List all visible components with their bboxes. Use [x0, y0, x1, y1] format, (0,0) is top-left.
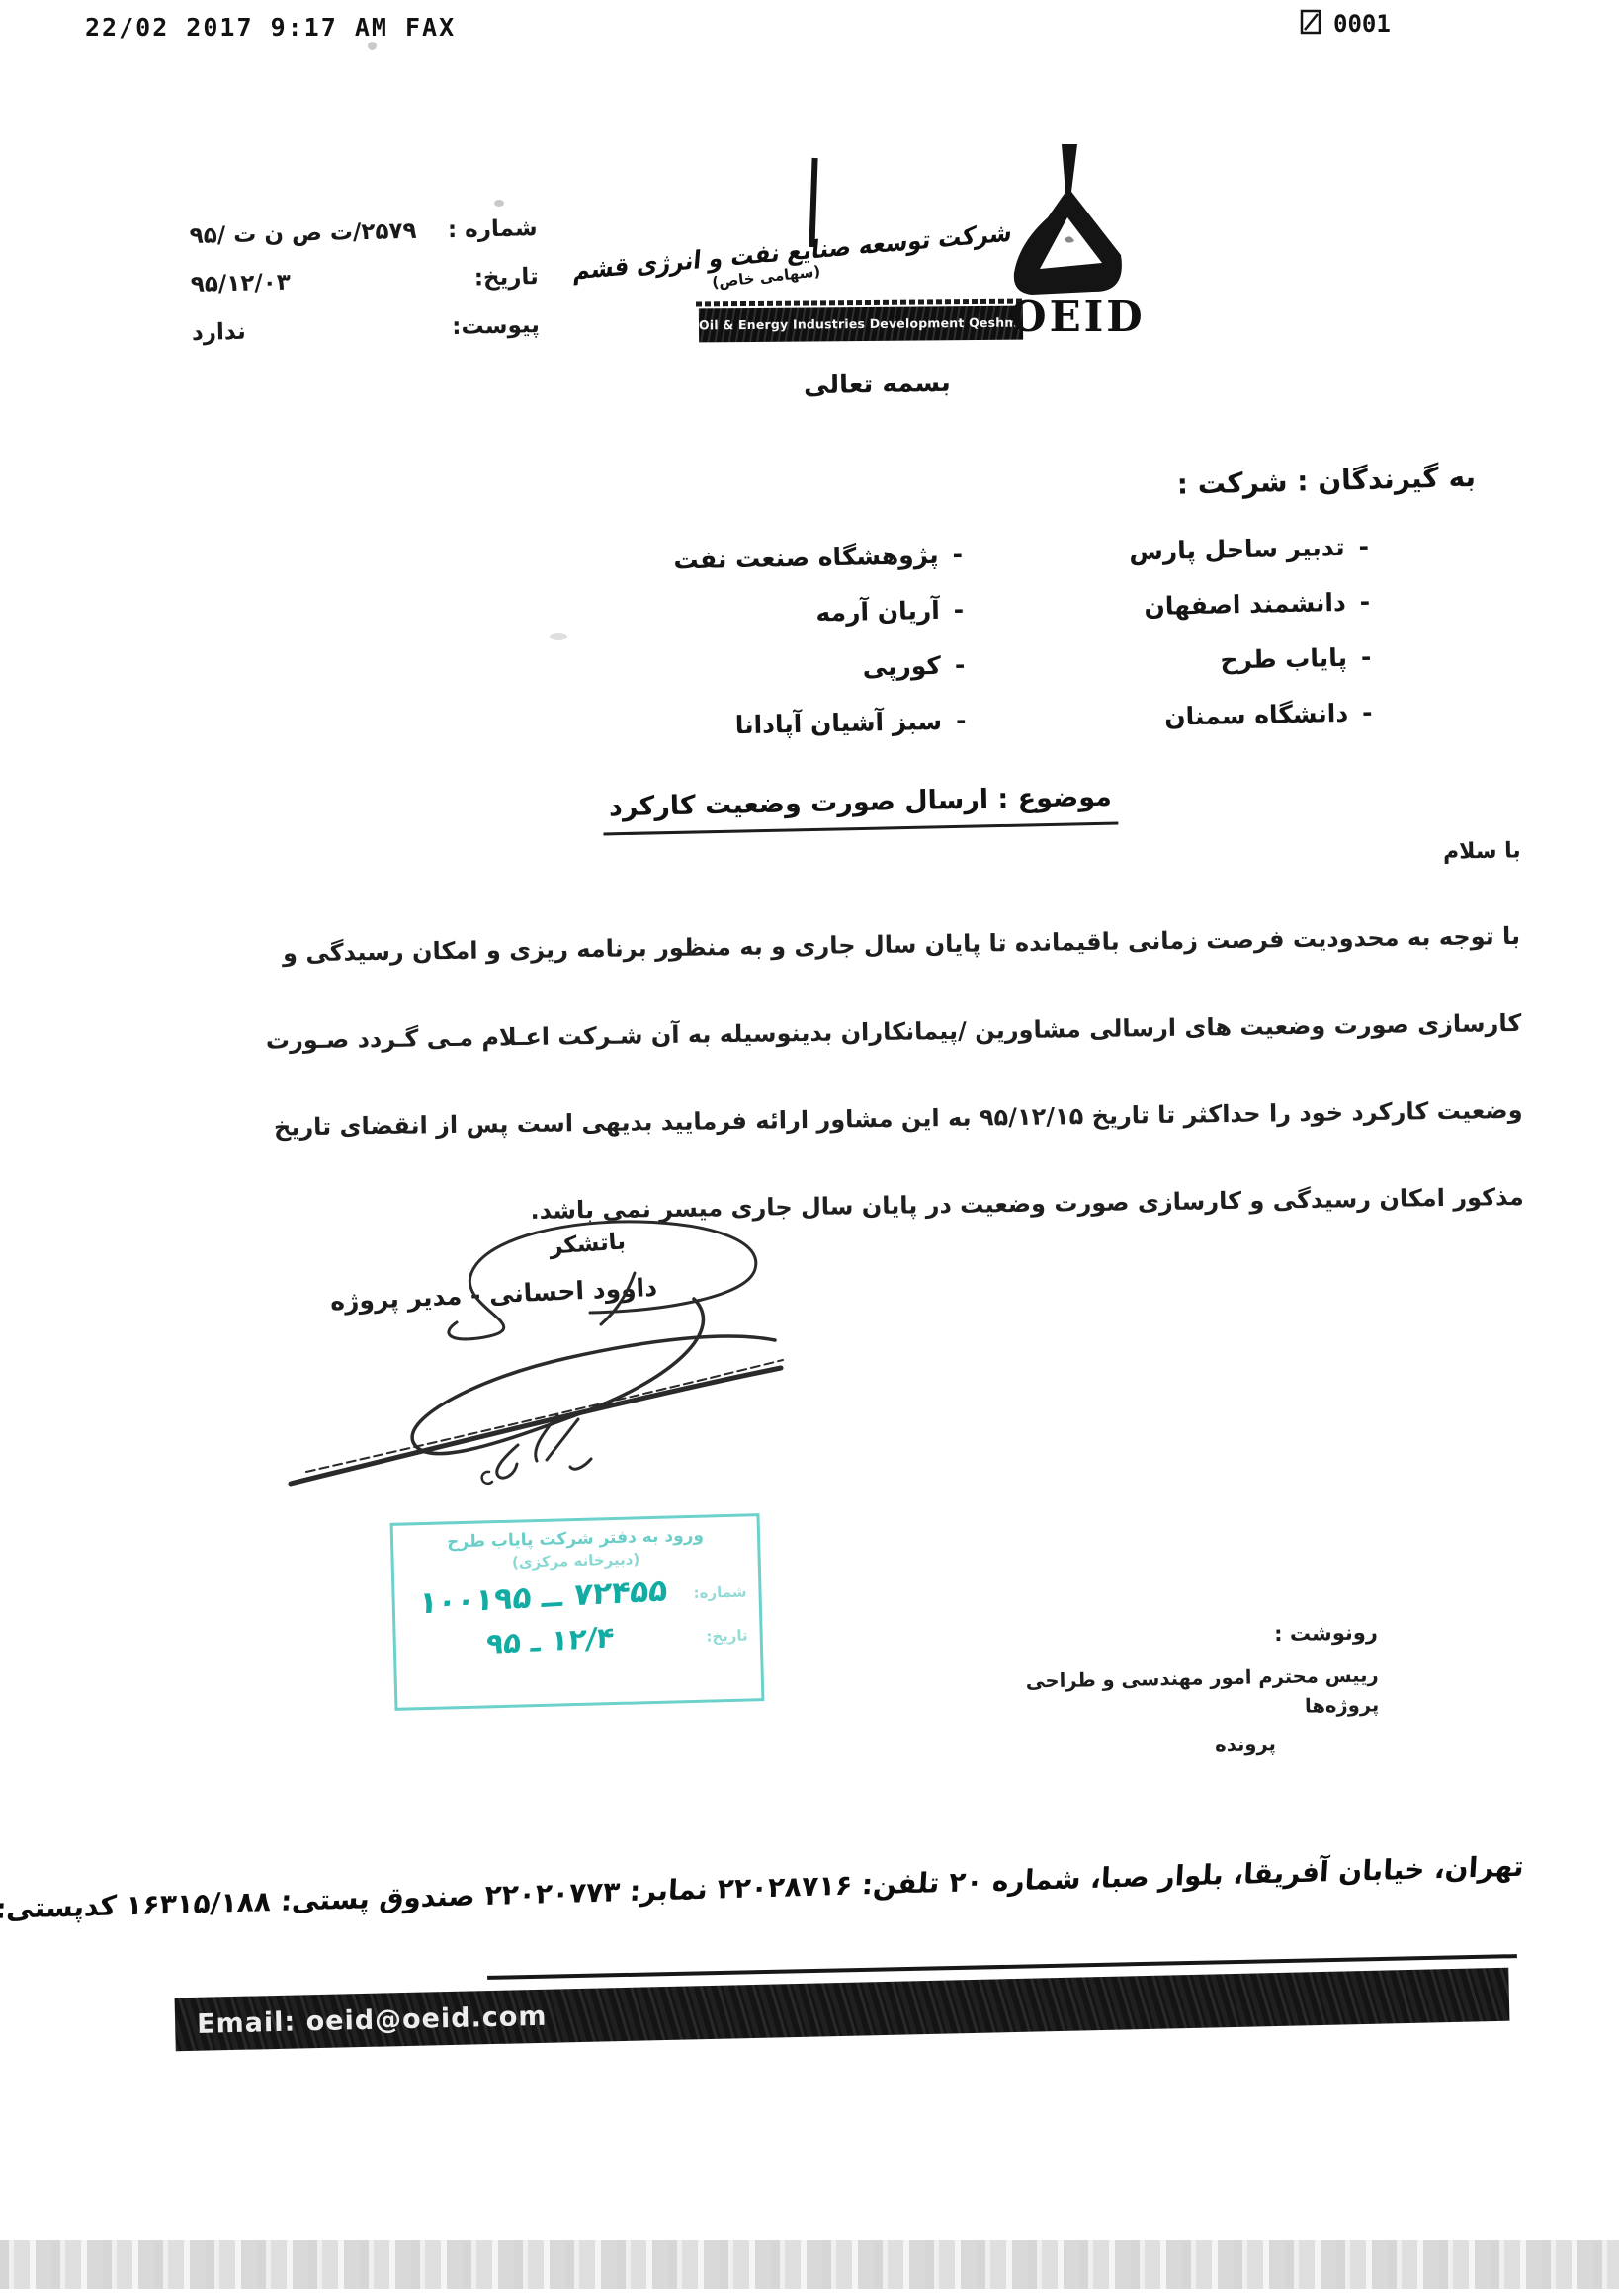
- recipient-name: تدبیر ساحل پارس: [1129, 533, 1345, 566]
- letter-date-label: تاریخ:: [473, 262, 539, 293]
- recipient-name: پژوهشگاه صنعت نفت: [673, 541, 939, 575]
- cc-item: پرونده: [960, 1730, 1276, 1765]
- recipients-column-left: -پژوهشگاه صنعت نفت -آریان آرمه -کورپی -س…: [617, 538, 968, 766]
- bullet-dash: -: [956, 706, 967, 734]
- letter-date-value: ۹۵/۱۲/۰۳: [190, 268, 291, 299]
- besmellah-heading: بسمه تعالی: [804, 369, 951, 401]
- recipient-item: -کورپی: [619, 648, 966, 689]
- salutation: با سلام: [1443, 838, 1521, 864]
- letter-attachment-label: پیوست:: [452, 310, 540, 342]
- recipient-item: -آریان آرمه: [618, 593, 965, 634]
- handwritten-signature: [249, 1212, 822, 1498]
- letter-attachment-value: ندارد: [192, 317, 247, 348]
- letter-meta-block: شماره : ۲۵۷۹/ت ص ن ت /۹۵ تاریخ: ۹۵/۱۲/۰۳…: [189, 213, 540, 367]
- recipient-item: -دانشمند اصفهان: [1022, 585, 1371, 626]
- recipient-name: کورپی: [862, 651, 941, 682]
- letter-body: با توجه به محدودیت فرصت زمانی باقیمانده …: [227, 893, 1525, 1258]
- stamp-date-label: تاریخ:: [706, 1626, 748, 1645]
- scan-speck: [550, 633, 567, 640]
- recipient-item: -تدبیر ساحل پارس: [1021, 530, 1370, 570]
- stamp-date-row: تاریخ: ۹۵ ـ ۱۲/۴: [407, 1618, 748, 1660]
- fax-page-number: 0001: [1333, 10, 1391, 38]
- company-name-english-bar: Oil & Energy Industries Development Qesh…: [699, 306, 1023, 343]
- recipient-name: دانشگاه سمنان: [1164, 699, 1348, 731]
- fax-document-page: 22/02 2017 9:17 AM FAX 0001 شرکت توسعه ص…: [0, 0, 1619, 2296]
- calligraphy-alef-stroke: [809, 158, 817, 247]
- recipient-item: -سبز آشیان آپادانا: [620, 704, 967, 744]
- recipient-item: -دانشگاه سمنان: [1024, 696, 1373, 736]
- company-address-line: تهران، خیابان آفریقا، بلوار صبا، شماره ۲…: [155, 1850, 1524, 1921]
- fax-timestamp: 22/02 2017 9:17 AM FAX: [85, 13, 456, 42]
- scan-speck: [368, 42, 377, 50]
- bullet-dash: -: [1358, 532, 1369, 560]
- recipient-name: آریان آرمه: [815, 596, 940, 628]
- stamp-number-value: ۱۰۰۱۹۵ ــ ۷۲۴۵۵: [405, 1573, 682, 1623]
- bullet-dash: -: [952, 540, 963, 568]
- stamp-date-value: ۹۵ ـ ۱۲/۴: [406, 1616, 694, 1664]
- scan-noise-band: [0, 2240, 1619, 2289]
- company-name-calligraphy: شرکت توسعه صنایع نفت و انرژی قشم: [662, 217, 1013, 277]
- letter-number-label: شماره :: [448, 213, 538, 245]
- recipient-name: دانشمند اصفهان: [1144, 588, 1346, 621]
- scan-speck: [494, 200, 504, 207]
- letter-number-value: ۲۵۷۹/ت ص ن ت /۹۵: [189, 216, 416, 251]
- letter-number-row: شماره : ۲۵۷۹/ت ص ن ت /۹۵: [189, 213, 538, 251]
- recipient-name: سبز آشیان آپادانا: [734, 707, 942, 739]
- letter-attachment-row: پیوست: ندارد: [192, 310, 541, 348]
- email-address: Email: oeid@oeid.com: [197, 2000, 548, 2039]
- stamp-number-label: شماره:: [693, 1583, 746, 1602]
- recipient-name: پایاب طرح: [1220, 643, 1347, 675]
- oeid-logo-acronym: OEID: [1010, 293, 1125, 341]
- cc-heading: رونوشت :: [958, 1620, 1378, 1651]
- receive-stamp: ورود به دفتر شرکت پایاب طرح (دبیرخانه مر…: [390, 1513, 765, 1711]
- oeid-logo-icon: [1010, 144, 1125, 300]
- fax-page-icon: [1300, 8, 1323, 36]
- bullet-dash: -: [953, 595, 964, 624]
- recipient-item: -پایاب طرح: [1023, 640, 1372, 681]
- bullet-dash: -: [1361, 642, 1372, 671]
- cc-block: رونوشت : رییس محترم امور مهندسی و طراحی …: [958, 1620, 1381, 1772]
- recipient-item: -پژوهشگاه صنعت نفت: [617, 538, 964, 578]
- bullet-dash: -: [1359, 587, 1370, 616]
- stamp-number-row: شماره: ۱۰۰۱۹۵ ــ ۷۲۴۵۵: [406, 1574, 747, 1619]
- email-bar: Email: oeid@oeid.com: [175, 1968, 1510, 2052]
- cc-item: رییس محترم امور مهندسی و طراحی پروژه‌ها: [958, 1660, 1379, 1727]
- bullet-dash: -: [955, 650, 966, 679]
- subject-line: موضوع : ارسال صورت وضعیت کارکرد: [603, 782, 1119, 836]
- bullet-dash: -: [1362, 698, 1373, 726]
- recipients-column-right: -تدبیر ساحل پارس -دانشمند اصفهان -پایاب …: [1021, 530, 1374, 758]
- recipients-heading: به گیرندگان : شرکت :: [1164, 461, 1477, 501]
- letter-date-row: تاریخ: ۹۵/۱۲/۰۳: [190, 262, 539, 299]
